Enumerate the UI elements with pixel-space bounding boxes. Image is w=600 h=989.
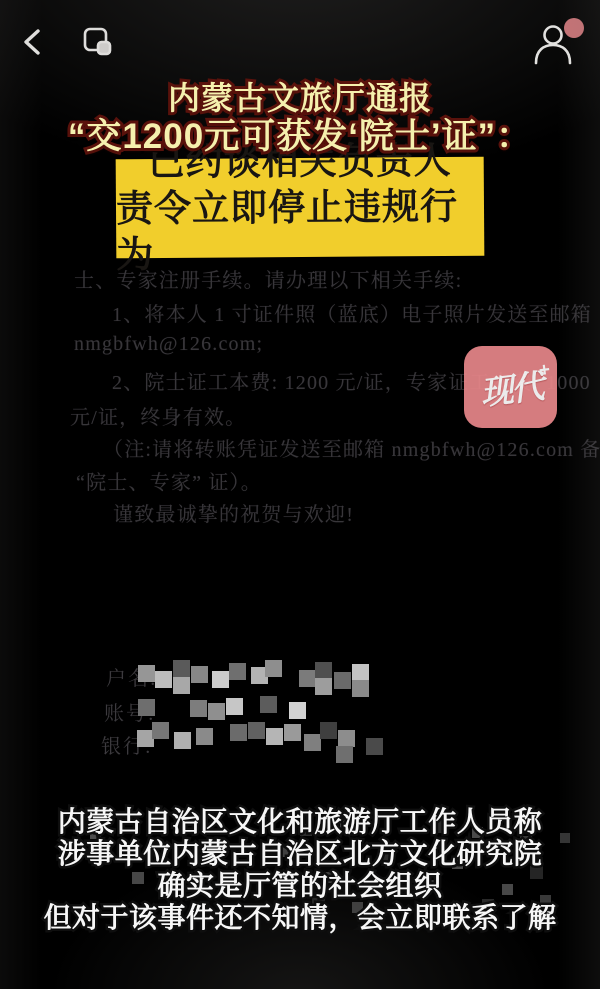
screen-cast-button[interactable] — [78, 24, 116, 62]
screen-cast-icon — [78, 24, 116, 62]
subtitle-line1: 内蒙古自治区文化和旅游厅工作人员称 — [0, 806, 600, 838]
video-frame: 内蒙古文旅厅通报 “交1200元可获发‘院士’证”： 已约谈相关负责人 责令立即… — [0, 0, 600, 989]
banner-line2: 责令立即停止违规行为 — [116, 183, 485, 278]
headline-line2: “交1200元可获发‘院士’证”： — [0, 116, 600, 158]
document-line: （注:请将转账凭证发送至邮箱 nmgbfwh@126.com 备注: — [103, 433, 600, 462]
subtitle-line4: 但对于该事件还不知情，会立即联系了解 — [0, 902, 600, 934]
headline-line1: 内蒙古文旅厅通报 — [0, 80, 600, 116]
back-button[interactable] — [16, 24, 52, 60]
document-line: “院士、专家” 证）。 — [76, 466, 262, 495]
notification-dot — [564, 18, 584, 38]
plus-icon: + — [538, 359, 552, 382]
highlight-banner: 已约谈相关负责人 责令立即停止违规行为 — [116, 157, 485, 259]
document-line: nmgbfwh@126.com; — [74, 333, 263, 356]
back-chevron-icon — [16, 24, 52, 60]
media-watermark-text: 现代 — [477, 360, 544, 414]
subtitle-line2: 涉事单位内蒙古自治区北方文化研究院 — [0, 838, 600, 870]
subtitle-line3: 确实是厅管的社会组织 — [0, 870, 600, 902]
document-line: 元/证，终身有效。 — [70, 401, 246, 430]
bank-redaction — [133, 720, 398, 766]
document-line: 谨致最诚挚的祝贺与欢迎! — [113, 498, 354, 527]
media-watermark-badge: 现代 + — [464, 346, 557, 428]
headline: 内蒙古文旅厅通报 “交1200元可获发‘院士’证”： — [0, 80, 600, 158]
document-line: 1、将本人 1 寸证件照（蓝底）电子照片发送至邮箱 — [112, 298, 592, 327]
